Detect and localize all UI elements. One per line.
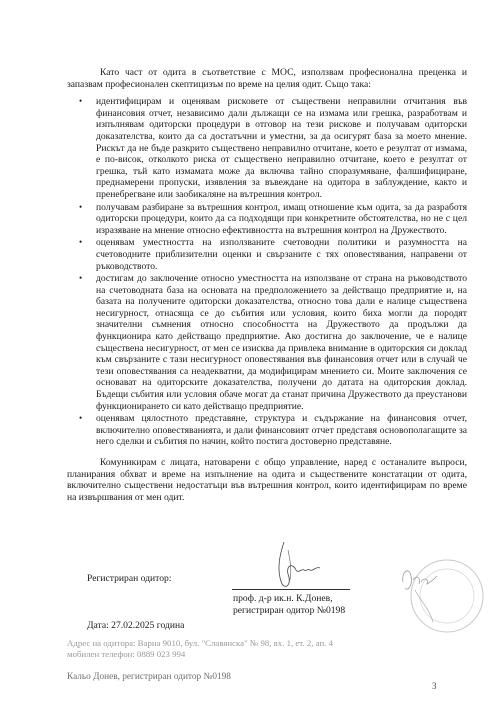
handwritten-signature-icon <box>262 540 332 592</box>
signature-line <box>232 589 350 590</box>
registered-auditor-label: Регистриран одитор: <box>87 573 171 584</box>
document-date: Дата: 27.02.2025 година <box>87 620 184 631</box>
page-number: 3 <box>432 681 437 691</box>
footer-auditor-name: Кальо Донев, регистриран одитор №0198 <box>67 672 231 682</box>
auditor-name: проф. д-р ик.н. К.Донев, регистриран оди… <box>233 593 345 617</box>
auditor-stamp-icon <box>395 552 490 647</box>
auditor-address: Адрес на одитора: Варна 9010, бул. "Слав… <box>67 638 333 660</box>
signature-block: Регистриран одитор: проф. д-р ик.н. К.До… <box>0 0 500 709</box>
document-page: Като част от одита в съответствие с МОС,… <box>0 0 500 709</box>
